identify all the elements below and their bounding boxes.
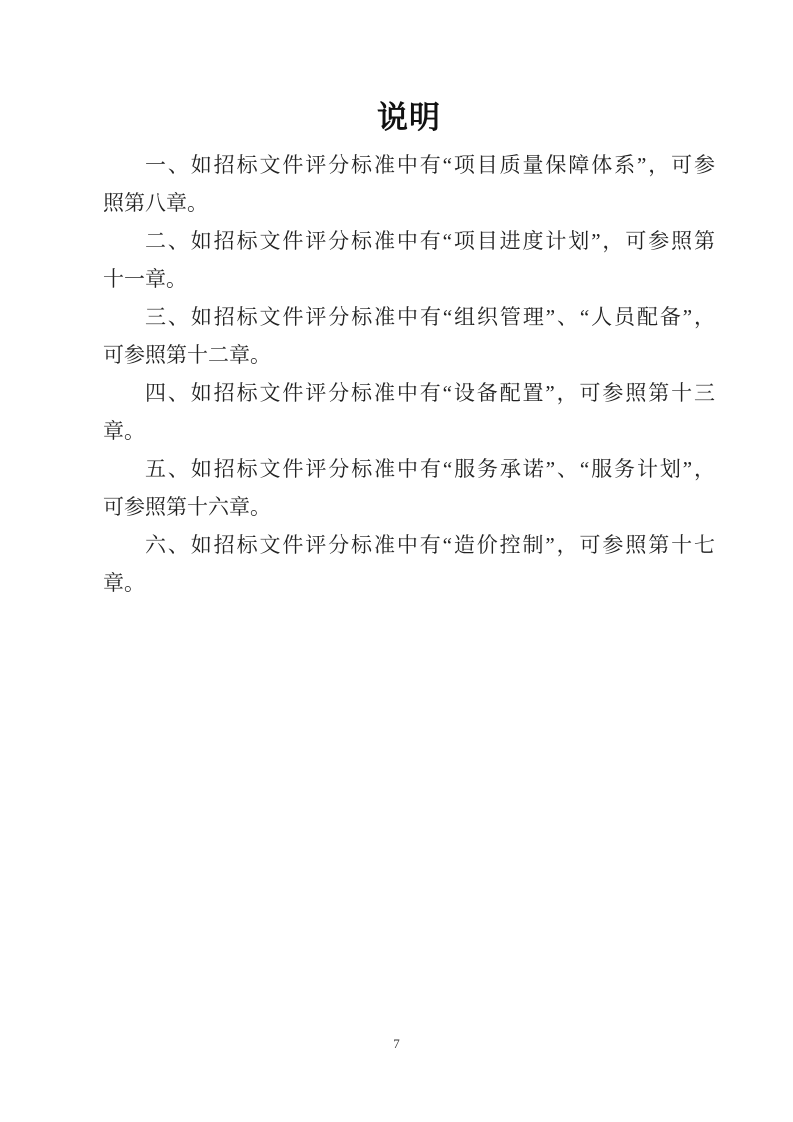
paragraph-line: 章。 [103,412,715,450]
paragraph-line: 四、如招标文件评分标准中有“设备配置”，可参照第十三 [103,374,715,412]
paragraph-line: 二、如招标文件评分标准中有“项目进度计划”，可参照第 [103,222,715,260]
paragraph: 五、如招标文件评分标准中有“服务承诺”、“服务计划”， 可参照第十六章。 [103,450,715,526]
page-number: 7 [0,1036,793,1052]
paragraph-line: 五、如招标文件评分标准中有“服务承诺”、“服务计划”， [103,450,715,488]
page-title: 说明 [103,96,715,140]
paragraph-line: 章。 [103,564,715,602]
paragraph: 三、如招标文件评分标准中有“组织管理”、“人员配备”， 可参照第十二章。 [103,298,715,374]
document-page: 说明 一、如招标文件评分标准中有“项目质量保障体系”，可参 照第八章。 二、如招… [0,0,793,1122]
paragraph-line: 三、如招标文件评分标准中有“组织管理”、“人员配备”， [103,298,715,336]
paragraph-line: 可参照第十六章。 [103,488,715,526]
paragraph-line: 六、如招标文件评分标准中有“造价控制”，可参照第十七 [103,526,715,564]
paragraph: 一、如招标文件评分标准中有“项目质量保障体系”，可参 照第八章。 [103,146,715,222]
paragraph: 二、如招标文件评分标准中有“项目进度计划”，可参照第 十一章。 [103,222,715,298]
paragraph-line: 可参照第十二章。 [103,336,715,374]
paragraph: 四、如招标文件评分标准中有“设备配置”，可参照第十三 章。 [103,374,715,450]
paragraph-line: 十一章。 [103,260,715,298]
paragraph: 六、如招标文件评分标准中有“造价控制”，可参照第十七 章。 [103,526,715,602]
paragraph-line: 照第八章。 [103,184,715,222]
notes-list: 一、如招标文件评分标准中有“项目质量保障体系”，可参 照第八章。 二、如招标文件… [103,146,715,602]
paragraph-line: 一、如招标文件评分标准中有“项目质量保障体系”，可参 [103,146,715,184]
